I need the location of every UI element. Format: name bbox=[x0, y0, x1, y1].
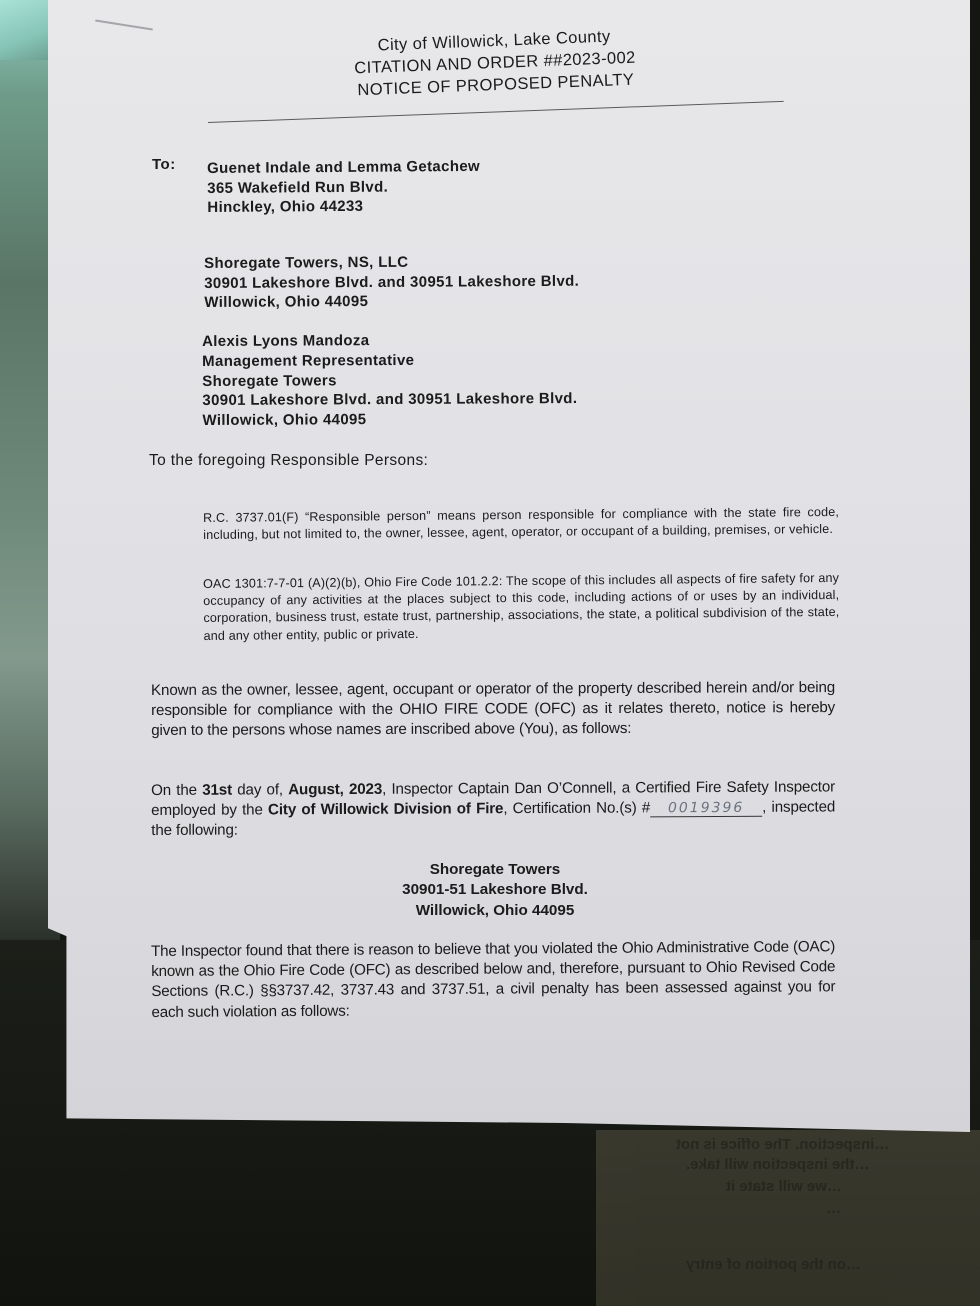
recipient-name: Guenet Indale and Lemma Getachew bbox=[207, 157, 480, 179]
finding-paragraph: The Inspector found that there is reason… bbox=[151, 937, 836, 1023]
recipient-street: 365 Wakefield Run Blvd. bbox=[207, 176, 480, 198]
inspected-property: Shoregate Towers 30901-51 Lakeshore Blvd… bbox=[330, 860, 660, 921]
recipient-address-manager: Alexis Lyons Mandoza Management Represen… bbox=[202, 330, 577, 431]
recipient-city: Willowick, Ohio 44095 bbox=[204, 291, 579, 313]
inspection-day: 31st bbox=[202, 782, 232, 799]
notice-paragraph: Known as the owner, lessee, agent, occup… bbox=[151, 678, 835, 742]
property-city: Willowick, Ohio 44095 bbox=[330, 901, 660, 921]
recipient-address-owners: Guenet Indale and Lemma Getachew 365 Wak… bbox=[207, 157, 480, 218]
property-name: Shoregate Towers bbox=[330, 860, 660, 880]
recipient-city: Willowick, Ohio 44095 bbox=[202, 409, 577, 431]
recipient-street: 30901 Lakeshore Blvd. and 30951 Lakeshor… bbox=[204, 271, 579, 293]
header-divider bbox=[208, 101, 784, 123]
recipient-name: Shoregate Towers, NS, LLC bbox=[204, 252, 579, 274]
recipient-street: 30901 Lakeshore Blvd. and 30951 Lakeshor… bbox=[202, 389, 577, 411]
to-label: To: bbox=[152, 156, 176, 173]
inspection-date: August, 2023 bbox=[288, 781, 382, 798]
recipient-title: Management Representative bbox=[202, 350, 577, 372]
document-header: City of Willowick, Lake County CITATION … bbox=[329, 24, 661, 103]
definition-fire-code-scope: OAC 1301:7-7-01 (A)(2)(b), Ohio Fire Cod… bbox=[203, 570, 840, 645]
recipient-organization: Shoregate Towers bbox=[202, 370, 577, 392]
salutation: To the foregoing Responsible Persons: bbox=[149, 452, 428, 470]
recipient-name: Alexis Lyons Mandoza bbox=[202, 330, 577, 352]
document-content: City of Willowick, Lake County CITATION … bbox=[0, 0, 980, 1306]
property-street: 30901-51 Lakeshore Blvd. bbox=[330, 880, 660, 900]
certification-number-handwritten: 0019396 bbox=[650, 800, 762, 818]
inspection-text: day of, bbox=[232, 781, 288, 798]
inspection-agency: City of Willowick Division of Fire bbox=[268, 800, 503, 818]
inspection-paragraph: On the 31st day of, August, 2023, Inspec… bbox=[151, 777, 835, 841]
inspection-text: On the bbox=[151, 782, 202, 799]
inspection-text: , Certification No.(s) # bbox=[503, 800, 650, 818]
recipient-address-llc: Shoregate Towers, NS, LLC 30901 Lakeshor… bbox=[204, 252, 579, 313]
pen-mark bbox=[95, 19, 153, 30]
recipient-city: Hinckley, Ohio 44233 bbox=[207, 196, 480, 218]
definition-responsible-person: R.C. 3737.01(F) “Responsible person” mea… bbox=[203, 504, 839, 545]
